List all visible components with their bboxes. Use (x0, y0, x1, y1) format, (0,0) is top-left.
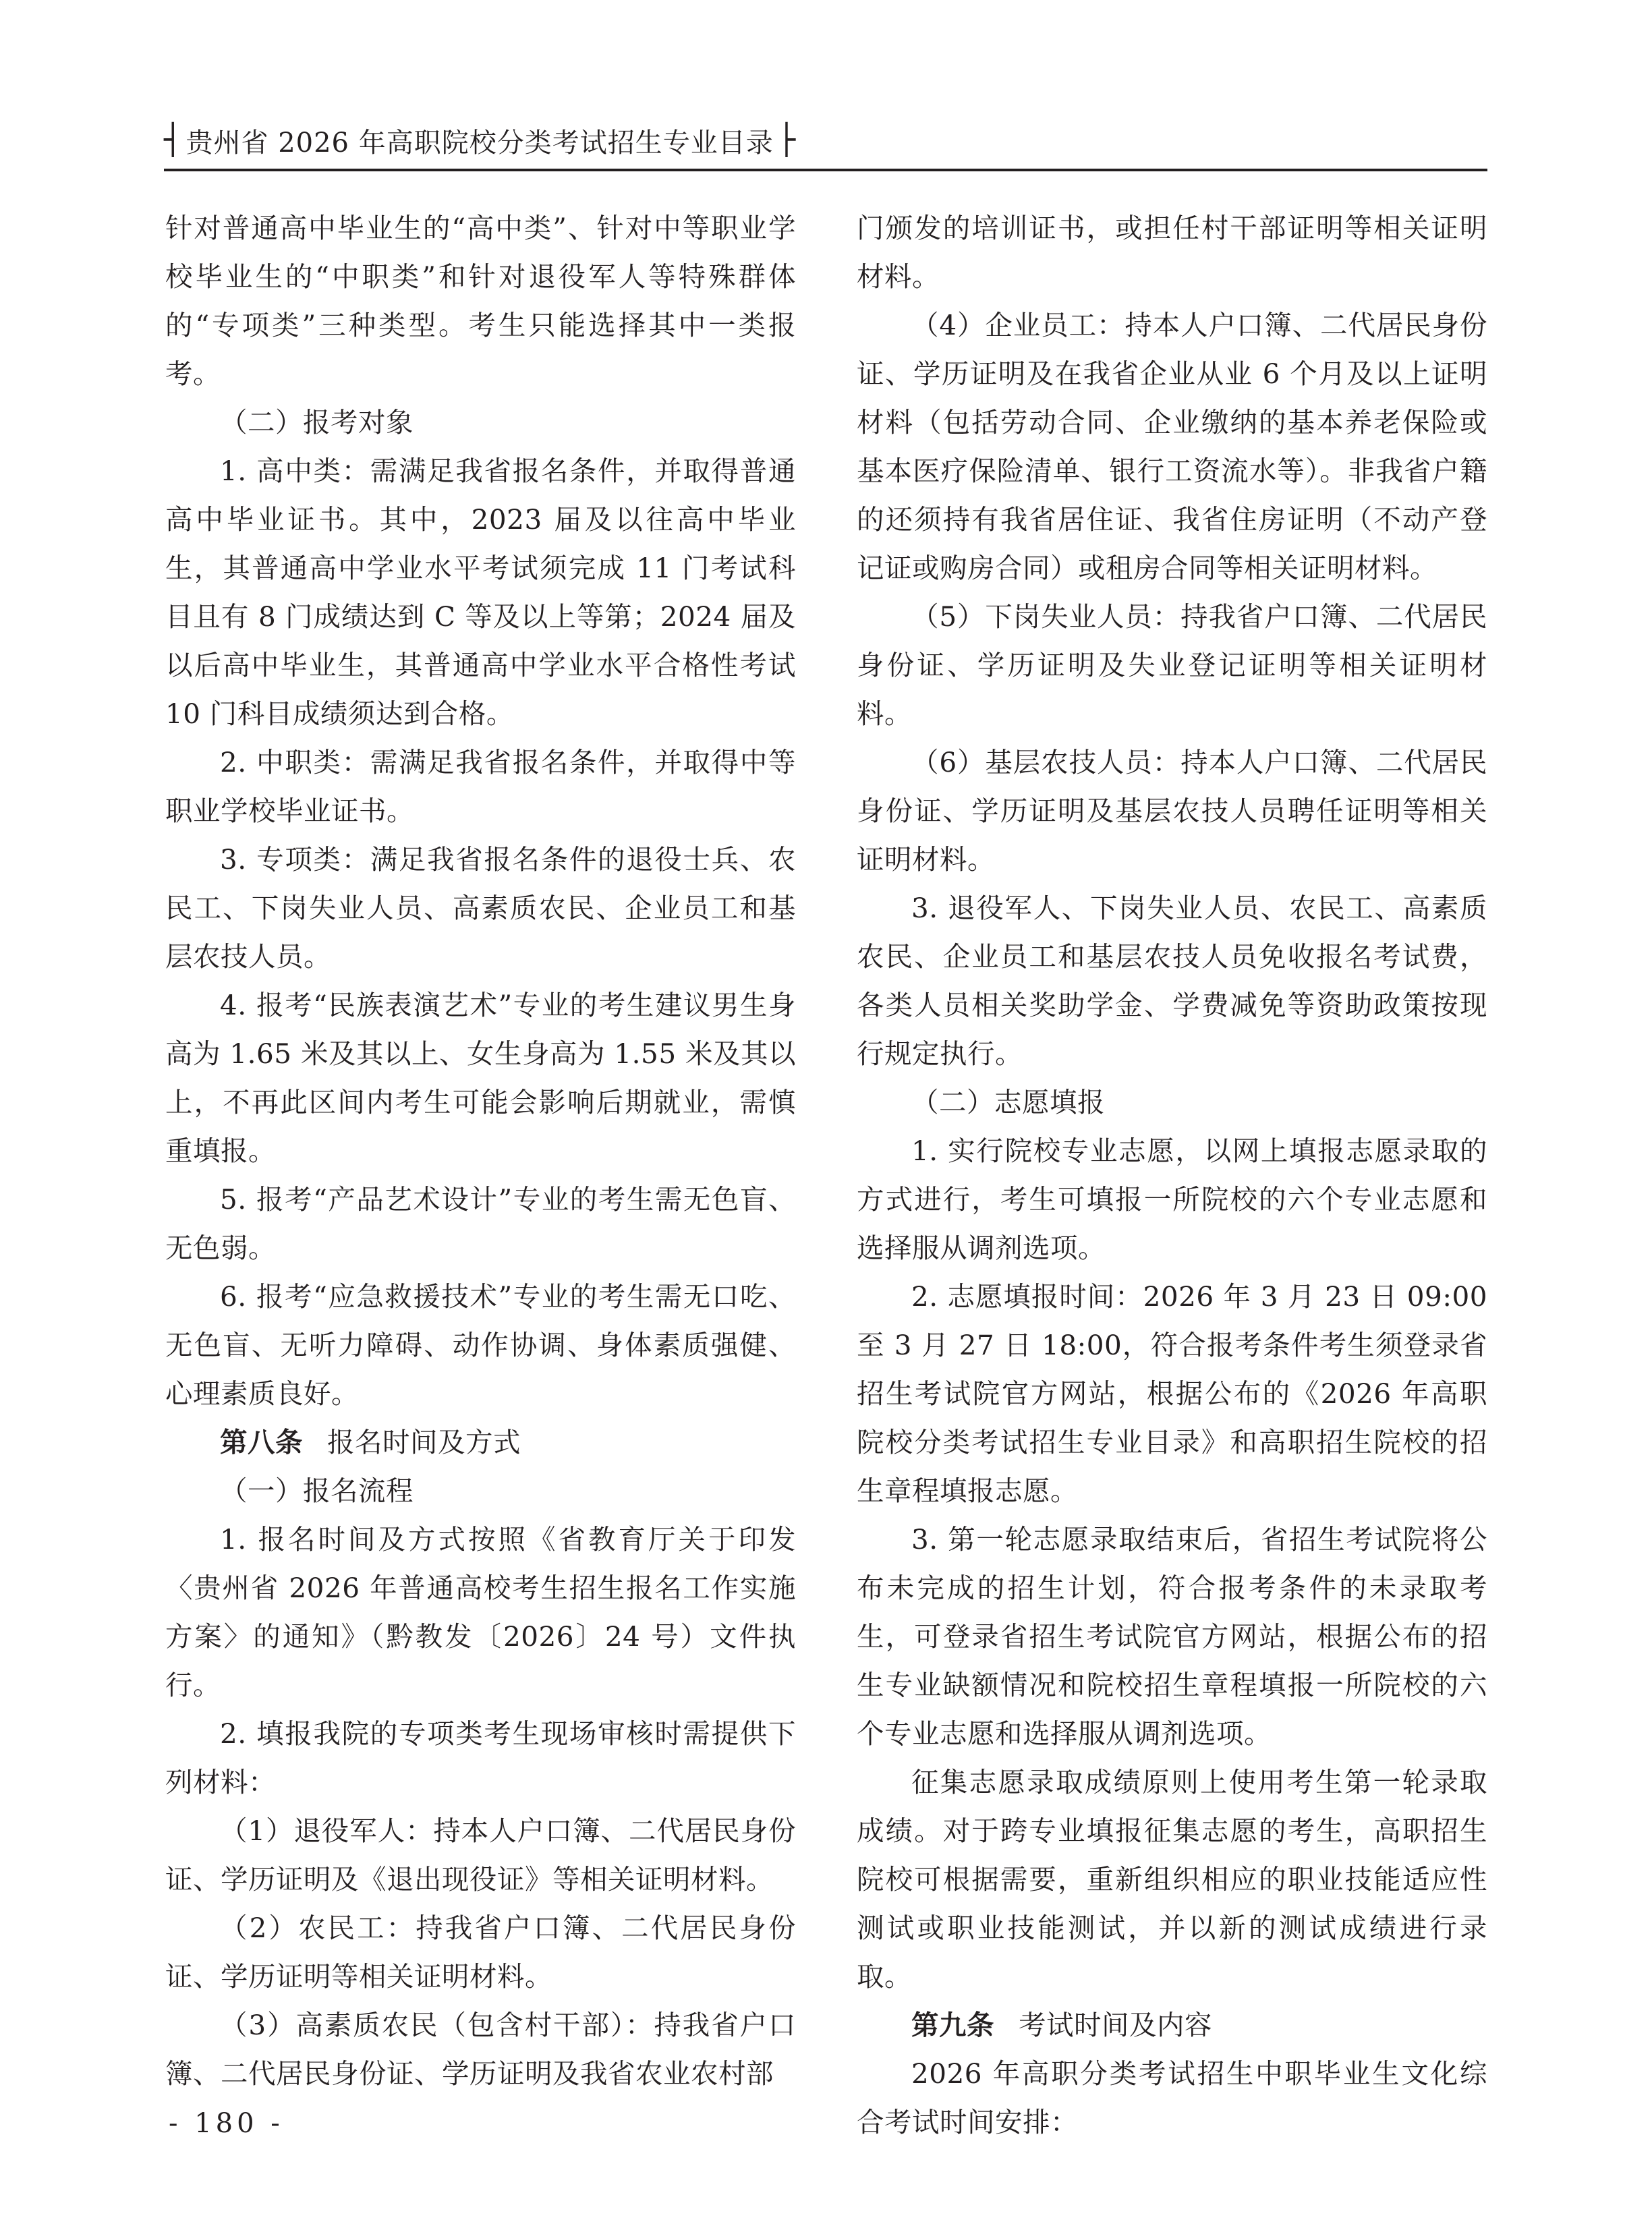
paragraph: 1. 实行院校专业志愿，以网上填报志愿录取的方式进行，考生可填报一所院校的六个专… (857, 1126, 1487, 1272)
article-title: 报名时间及方式 (327, 1426, 521, 1458)
paragraph: 征集志愿录取成绩原则上使用考生第一轮录取成绩。对于跨专业填报征集志愿的考生，高职… (857, 1758, 1487, 2001)
paragraph: 2. 志愿填报时间：2026 年 3 月 23 日 09:00 至 3 月 27… (857, 1272, 1487, 1515)
subparagraph: （6）基层农技人员：持本人户口簿、二代居民身份证、学历证明及基层农技人员聘任证明… (857, 738, 1487, 884)
page-number: - 180 - (169, 2108, 284, 2139)
paragraph: 5. 报考“产品艺术设计”专业的考生需无色盲、无色弱。 (165, 1175, 796, 1272)
article-heading: 第九条考试时间及内容 (857, 2001, 1487, 2049)
subparagraph: （5）下岗失业人员：持我省户口簿、二代居民身份证、学历证明及失业登记证明等相关证… (857, 592, 1487, 738)
left-column: 针对普通高中毕业生的“高中类”、针对中等职业学校毕业生的“中职类”和针对退役军人… (165, 204, 796, 2098)
paragraph: 6. 报考“应急救援技术”专业的考生需无口吃、无色盲、无听力障碍、动作协调、身体… (165, 1272, 796, 1418)
paragraph: 4. 报考“民族表演艺术”专业的考生建议男生身高为 1.65 米及其以上、女生身… (165, 981, 796, 1175)
paragraph: 3. 专项类：满足我省报名条件的退役士兵、农民工、下岗失业人员、高素质农民、企业… (165, 835, 796, 981)
running-header: ┤ 贵州省 2026 年高职院校分类考试招生专业目录 ├ (164, 120, 795, 161)
subparagraph: （4）企业员工：持本人户口簿、二代居民身份证、学历证明及在我省企业从业 6 个月… (857, 301, 1487, 592)
right-column: 门颁发的培训证书，或担任村干部证明等相关证明材料。 （4）企业员工：持本人户口簿… (857, 204, 1487, 2146)
paragraph: 2026 年高职分类考试招生中职毕业生文化综合考试时间安排： (857, 2049, 1487, 2146)
paragraph: 1. 高中类：需满足我省报名条件，并取得普通高中毕业证书。其中，2023 届及以… (165, 447, 796, 738)
paragraph: 2. 填报我院的专项类考生现场审核时需提供下列材料： (165, 1709, 796, 1806)
paragraph: 2. 中职类：需满足我省报名条件，并取得中等职业学校毕业证书。 (165, 738, 796, 835)
article-heading: 第八条报名时间及方式 (165, 1418, 796, 1466)
subparagraph: （1）退役军人：持本人户口簿、二代居民身份证、学历证明及《退出现役证》等相关证明… (165, 1806, 796, 1904)
header-right-mark: ├ (778, 125, 796, 155)
article-label: 第九条 (911, 2009, 994, 2041)
subparagraph: （2）农民工：持我省户口簿、二代居民身份证、学历证明等相关证明材料。 (165, 1904, 796, 2001)
paragraph-continuation: 针对普通高中毕业生的“高中类”、针对中等职业学校毕业生的“中职类”和针对退役军人… (165, 204, 796, 398)
subheading: （二）志愿填报 (857, 1078, 1487, 1126)
header-title: 贵州省 2026 年高职院校分类考试招生专业目录 (186, 121, 774, 160)
paragraph-continuation: 门颁发的培训证书，或担任村干部证明等相关证明材料。 (857, 204, 1487, 301)
paragraph: 3. 退役军人、下岗失业人员、农民工、高素质农民、企业员工和基层农技人员免收报名… (857, 884, 1487, 1078)
article-title: 考试时间及内容 (1019, 2009, 1212, 2041)
subheading: （一）报名流程 (165, 1466, 796, 1515)
paragraph: 3. 第一轮志愿录取结束后，省招生考试院将公布未完成的招生计划，符合报考条件的未… (857, 1515, 1487, 1758)
header-left-mark: ┤ (164, 125, 182, 155)
subparagraph: （3）高素质农民（包含村干部）：持我省户口簿、二代居民身份证、学历证明及我省农业… (165, 2001, 796, 2098)
article-label: 第八条 (220, 1426, 303, 1458)
paragraph: 1. 报名时间及方式按照《省教育厅关于印发〈贵州省 2026 年普通高校考生招生… (165, 1515, 796, 1709)
header-rule (164, 169, 1487, 171)
subheading: （二）报考对象 (165, 398, 796, 447)
